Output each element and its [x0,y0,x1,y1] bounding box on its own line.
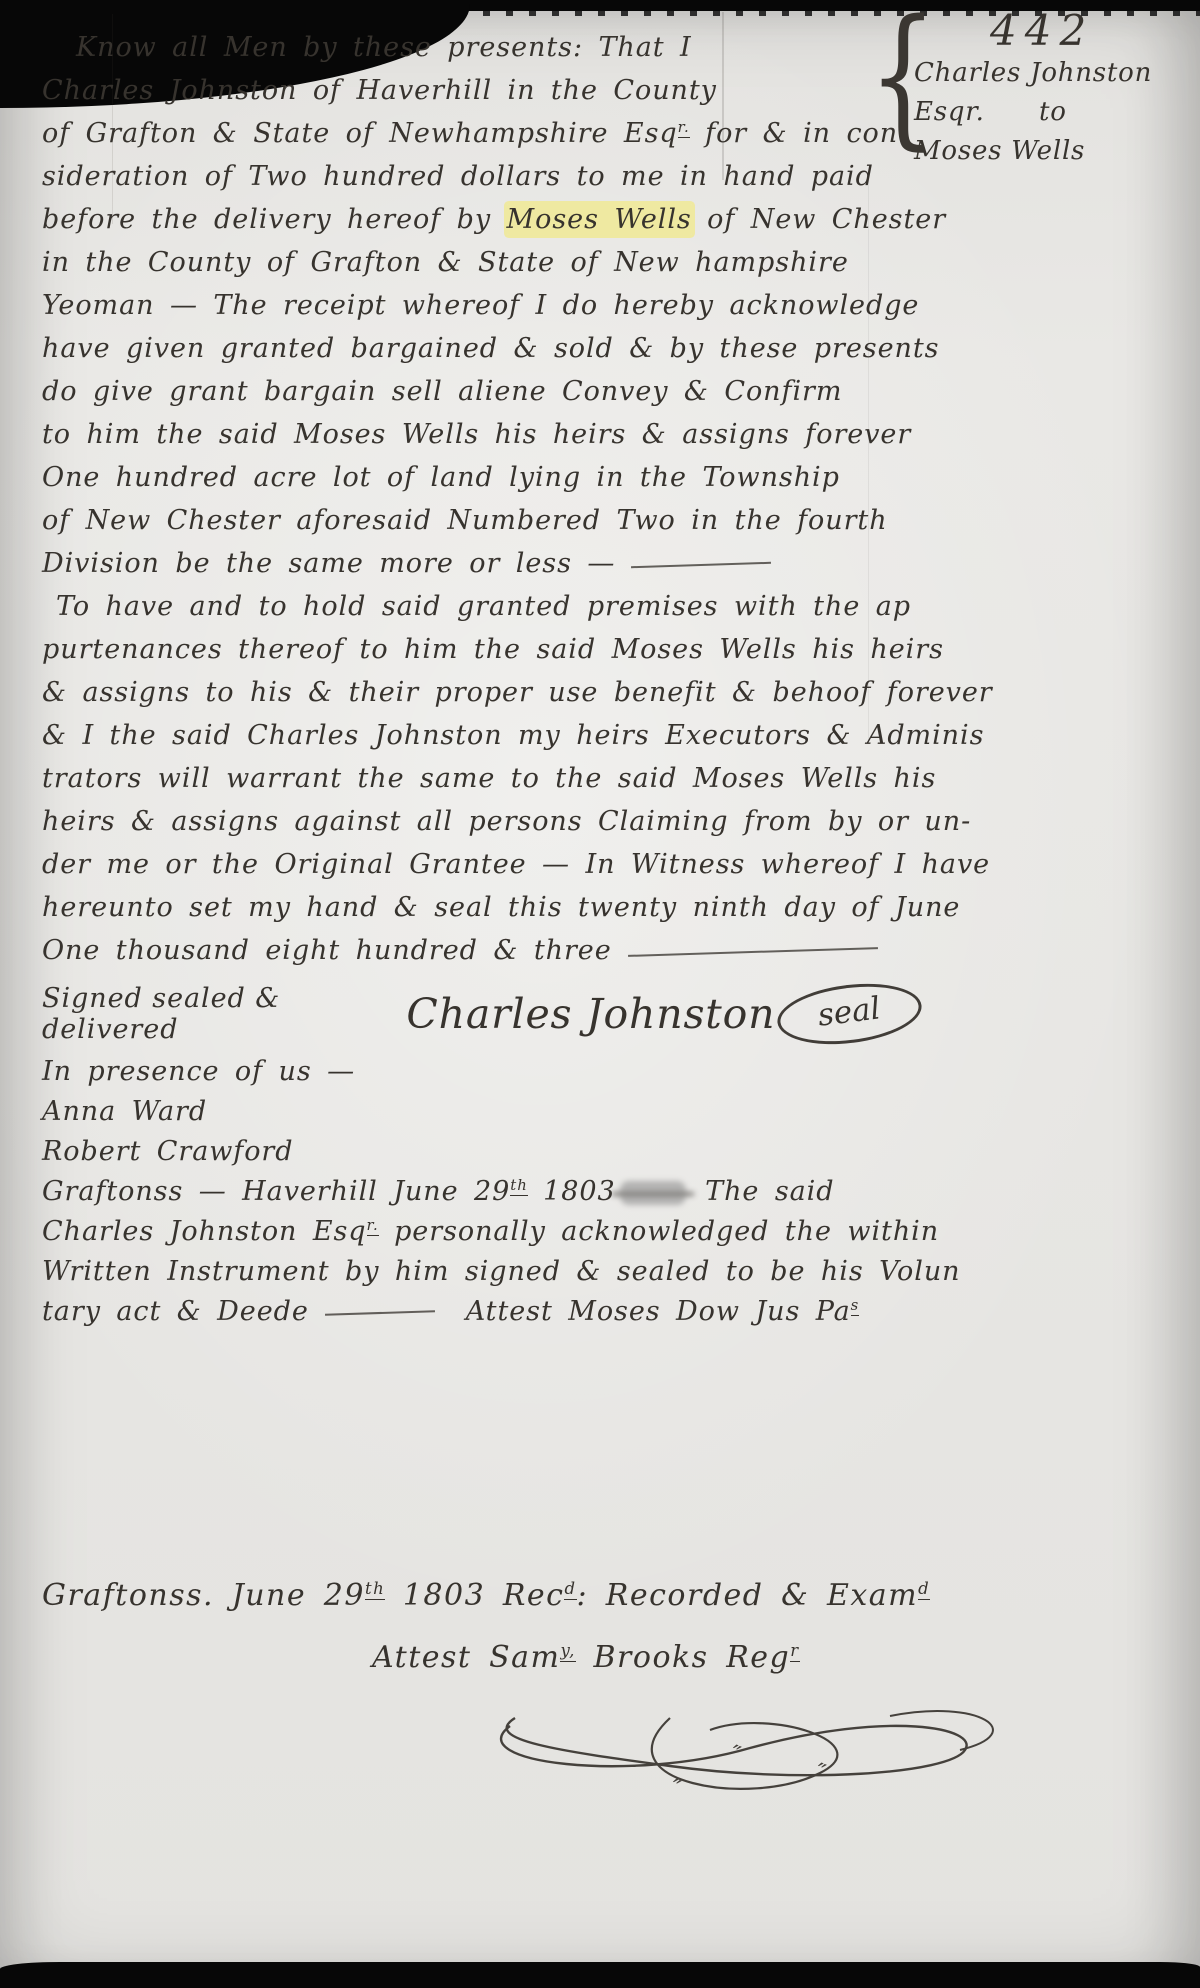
text-segment: In presence of us — [42,1056,355,1087]
text-segment: The said [690,1176,835,1207]
text-segment: of New Chester [692,204,946,235]
text-segment: Charles Johnston of Haverhill in the Cou… [42,75,717,106]
text-segment: Yeoman — The receipt whereof I do hereby… [42,290,919,321]
text-segment: do give grant bargain sell aliene Convey… [42,376,842,407]
text-line: In presence of us — [42,1052,922,1092]
text-segment: der me or the Original Grantee — In Witn… [42,849,990,880]
text-segment: personally acknowledged the within [379,1216,939,1247]
recording-attest-block: Graftonss. June 29th 1803 Recd: Recorded… [42,1572,922,1682]
deed-body-text: Know all Men by these presents: That ICh… [42,26,922,1682]
text-segment: of Grafton & State of Newhampshire Esq [42,118,678,149]
text-line: To have and to hold said granted premise… [56,585,922,628]
highlighted-text: Moses Wells [507,204,692,235]
text-line: of Grafton & State of Newhampshire Esqr.… [42,112,922,155]
text-segment: 1803 [528,1176,616,1207]
text-line: Yeoman — The receipt whereof I do hereby… [42,284,922,327]
superscript-text: th [365,1579,385,1600]
text-segment: Written Instrument by him signed & seale… [42,1256,961,1287]
text-segment: to him the said Moses Wells his heirs & … [42,419,911,450]
superscript-text: d [564,1579,576,1600]
text-segment: of New Chester aforesaid Numbered Two in… [42,505,888,536]
signature-row: Signed sealed & delivered Charles Johnst… [42,976,922,1052]
scan-bottom-edge [0,1962,1200,1988]
text-segment: hereunto set my hand & seal this twenty … [42,892,960,923]
text-line: Robert Crawford [42,1132,922,1172]
text-line: heirs & assigns against all persons Clai… [42,800,922,843]
text-line: trators will warrant the same to the sai… [42,757,922,800]
text-line: Anna Ward [42,1092,922,1132]
text-segment: One hundred acre lot of land lying in th… [42,462,840,493]
text-segment: Anna Ward [42,1096,207,1127]
superscript-text: th [510,1176,527,1196]
text-line: Attest Samy, Brooks Regr [372,1634,922,1682]
text-segment: Robert Crawford [42,1136,294,1167]
text-line: have given granted bargained & sold & by… [42,327,922,370]
text-segment: & assigns to his & their proper use bene… [42,677,993,708]
text-segment: 1803 Rec [385,1578,564,1613]
text-line: One thousand eight hundred & three [42,929,922,972]
pen-flourish-line [325,1310,435,1315]
text-segment: in the County of Grafton & State of New … [42,247,849,278]
text-segment: Graftonss — Haverhill June 29 [42,1176,510,1207]
registrar-signature-flourish: ″ ″ ″ [420,1688,1040,1818]
text-line: tary act & Deede Attest Moses Dow Jus Pa… [42,1292,922,1332]
text-line: Division be the same more or less — [42,542,922,585]
superscript-text: d [918,1579,930,1600]
text-line: & I the said Charles Johnston my heirs E… [42,714,922,757]
text-line: of New Chester aforesaid Numbered Two in… [42,499,922,542]
margin-grantor: Charles Johnston [914,54,1192,93]
text-segment: have given granted bargained & sold & by… [42,333,939,364]
text-line: One hundred acre lot of land lying in th… [42,456,922,499]
superscript-text: s [851,1296,860,1316]
text-line: Charles Johnston of Haverhill in the Cou… [42,69,922,112]
margin-esq-to: Esqr. to [914,93,1192,132]
erasure-smudge [620,1181,686,1205]
witness-acknowledgment-block: In presence of us —Anna WardRobert Crawf… [42,1052,922,1332]
signed-sealed-label: Signed sealed & delivered [42,983,360,1045]
text-segment: purtenances thereof to him the said Mose… [42,634,944,665]
text-segment: trators will warrant the same to the sai… [42,763,936,794]
text-line: Graftonss. June 29th 1803 Recd: Recorded… [42,1572,922,1620]
text-segment: before the delivery hereof by [42,204,507,235]
text-segment: tary act & Deede [42,1296,309,1327]
text-segment: Division be the same more or less — [42,548,615,579]
text-segment: Graftonss. June 29 [42,1578,365,1613]
text-line: purtenances thereof to him the said Mose… [42,628,922,671]
text-segment: Attest Moses Dow Jus Pa [435,1296,851,1327]
superscript-text: r [790,1641,799,1662]
superscript-text: r. [678,118,690,138]
text-line: to him the said Moses Wells his heirs & … [42,413,922,456]
superscript-text: r. [367,1216,379,1236]
margin-grantee: Moses Wells [914,132,1192,171]
text-line: der me or the Original Grantee — In Witn… [42,843,922,886]
text-line: Know all Men by these presents: That I [76,26,922,69]
text-segment: Attest Sam [372,1640,560,1675]
seal-mark: seal [774,976,925,1051]
text-line: do give grant bargain sell aliene Convey… [42,370,922,413]
text-line: Charles Johnston Esqr. personally acknow… [42,1212,922,1252]
text-segment: : Recorded & Exam [577,1578,919,1613]
text-line: before the delivery hereof by Moses Well… [42,198,922,241]
deed-main-paragraphs: Know all Men by these presents: That ICh… [42,26,922,972]
text-line: hereunto set my hand & seal this twenty … [42,886,922,929]
text-segment: Brooks Reg [576,1640,790,1675]
text-line: Written Instrument by him signed & seale… [42,1252,922,1292]
pen-flourish-line [628,947,878,957]
text-segment: Charles Johnston Esq [42,1216,367,1247]
text-segment: One thousand eight hundred & three [42,935,612,966]
pen-flourish-line [631,561,771,567]
scanned-deed-page: { 442 Charles Johnston Esqr. to Moses We… [0,0,1200,1988]
text-segment: Know all Men by these presents: That I [76,32,692,63]
text-line: sideration of Two hundred dollars to me … [42,155,922,198]
text-segment: To have and to hold said granted premise… [56,591,911,622]
text-segment: for & in con [690,118,898,149]
text-segment: sideration of Two hundred dollars to me … [42,161,874,192]
text-line: in the County of Grafton & State of New … [42,241,922,284]
superscript-text: y, [560,1641,575,1662]
grantor-signature: Charles Johnston [406,990,775,1038]
text-segment: & I the said Charles Johnston my heirs E… [42,720,984,751]
text-segment: heirs & assigns against all persons Clai… [42,806,971,837]
text-line: Graftonss — Haverhill June 29th 1803 The… [42,1172,922,1212]
page-number: 442 [990,8,1192,54]
text-line: & assigns to his & their proper use bene… [42,671,922,714]
